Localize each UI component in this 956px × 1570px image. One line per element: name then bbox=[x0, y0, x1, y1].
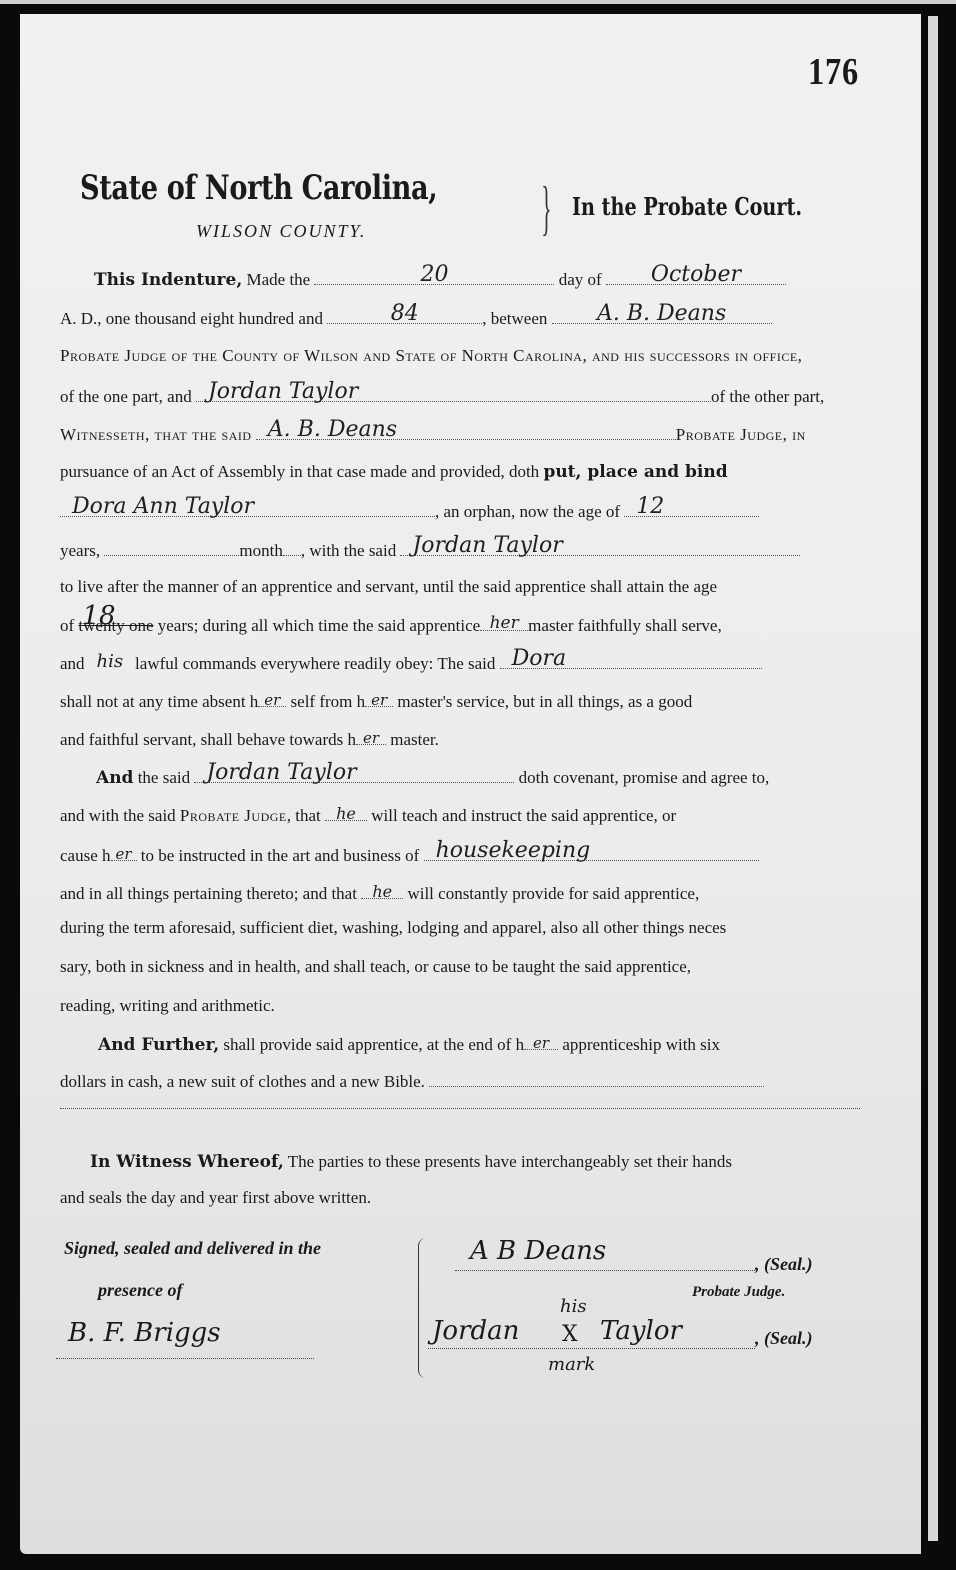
pronoun-value: he bbox=[325, 806, 367, 822]
signed-label: Signed, sealed and delivered in the bbox=[64, 1238, 321, 1259]
indenture-line-13: and faithful servant, shall behave towar… bbox=[60, 726, 860, 750]
indenture-line-7: Dora Ann Taylor, an orphan, now the age … bbox=[60, 498, 860, 522]
seal-label-1: , (Seal.) bbox=[755, 1254, 813, 1275]
pronoun-value: er bbox=[258, 693, 286, 708]
party-signature-first: Jordan bbox=[432, 1316, 519, 1346]
text-part: self from h bbox=[291, 692, 366, 711]
witness-line-1: In Witness Whereof, The parties to these… bbox=[60, 1150, 860, 1174]
further-extra-field[interactable] bbox=[429, 1068, 764, 1087]
indenture-line-6: pursuance of an Act of Assembly in that … bbox=[60, 460, 860, 484]
text-line: will constantly provide for said apprent… bbox=[407, 884, 699, 903]
indenture-line-2: A. D., one thousand eight hundred and 84… bbox=[60, 305, 860, 329]
text-line: month bbox=[239, 541, 282, 560]
text-line: master faithfully shall serve, bbox=[528, 616, 722, 635]
covenant-line-5: during the term aforesaid, sufficient di… bbox=[60, 916, 860, 940]
text-line: sary, both in sickness and in health, an… bbox=[60, 957, 691, 976]
text-part: master's service, but in all things, as … bbox=[397, 692, 692, 711]
indenture-line-5: Witnesseth, that the said A. B. DeansPro… bbox=[60, 421, 860, 445]
age-value: 12 bbox=[624, 496, 759, 518]
pronoun-field[interactable]: he bbox=[325, 802, 367, 821]
state-title: State of North Carolina, bbox=[80, 168, 437, 208]
pronoun-value: her bbox=[480, 615, 528, 632]
day-field[interactable]: 20 bbox=[314, 266, 554, 285]
covenant-line-6: sary, both in sickness and in health, an… bbox=[60, 955, 860, 979]
pronoun-value: he bbox=[361, 884, 403, 900]
text-line: Probate Judge, in bbox=[676, 425, 806, 444]
blank-rule bbox=[60, 1108, 860, 1109]
trade-value: housekeeping bbox=[424, 840, 759, 862]
covenant-line-4: and in all things pertaining thereto; an… bbox=[60, 880, 860, 904]
covenant-line-3: cause her to be instructed in the art an… bbox=[60, 842, 860, 866]
text-line: Probate Judge bbox=[180, 806, 287, 825]
label-made-the: Made the bbox=[247, 270, 311, 289]
covenant-line-1: And the said Jordan Taylor doth covenant… bbox=[60, 764, 860, 788]
pronoun-field[interactable]: er bbox=[365, 688, 393, 707]
page-number: 176 bbox=[808, 50, 859, 94]
pronoun-value: er bbox=[111, 847, 137, 862]
judge-name-value: A. B. Deans bbox=[256, 419, 676, 441]
text-line: and faithful servant, shall behave towar… bbox=[60, 730, 356, 749]
text-line: of the one part, and bbox=[60, 387, 192, 406]
age-limit-amendment: twenty one 18 bbox=[78, 614, 153, 638]
judge-name-field[interactable]: A. B. Deans bbox=[552, 305, 772, 324]
text-part: shall not at any time absent h bbox=[60, 692, 258, 711]
year-value: 84 bbox=[327, 303, 482, 325]
pronoun-field[interactable]: er bbox=[258, 688, 286, 707]
party-signature-last: Taylor bbox=[600, 1316, 682, 1346]
orphan-name-field[interactable]: Dora Ann Taylor bbox=[60, 498, 435, 517]
mark-x: X bbox=[562, 1322, 578, 1347]
text-line: apprenticeship with six bbox=[562, 1035, 720, 1054]
indenture-line-3: Probate Judge of the County of Wilson an… bbox=[60, 344, 860, 368]
witness-line-2: and seals the day and year first above w… bbox=[60, 1186, 860, 1210]
text-line: years; during all which time the said ap… bbox=[158, 616, 480, 635]
mark-his: his bbox=[560, 1296, 587, 1317]
party-name-field[interactable]: Jordan Taylor bbox=[196, 383, 711, 402]
text-line: Witnesseth, that the said bbox=[60, 425, 252, 444]
pronoun-field[interactable]: er bbox=[356, 726, 386, 745]
text-line: cause h bbox=[60, 846, 111, 865]
months-suffix-field[interactable] bbox=[283, 537, 301, 556]
trade-field[interactable]: housekeeping bbox=[424, 842, 759, 861]
text-line: lawful commands everywhere readily obey:… bbox=[135, 654, 495, 673]
text-line: shall not at any time absent her self fr… bbox=[60, 688, 692, 712]
judge-signature: A B Deans bbox=[470, 1236, 606, 1266]
text-line: to be instructed in the art and business… bbox=[141, 846, 420, 865]
indenture-line-12: shall not at any time absent her self fr… bbox=[60, 688, 860, 712]
pronoun-field[interactable]: his bbox=[89, 651, 131, 669]
text-line: The parties to these presents have inter… bbox=[288, 1152, 732, 1171]
text-line: of the other part, bbox=[711, 387, 824, 406]
pronoun-value: his bbox=[89, 653, 131, 671]
indenture-line-4: of the one part, and Jordan Taylorof the… bbox=[60, 383, 860, 407]
master-name-field-2[interactable]: Jordan Taylor bbox=[194, 764, 514, 783]
further-line-2: dollars in cash, a new suit of clothes a… bbox=[60, 1068, 860, 1092]
header-brace: } bbox=[541, 174, 551, 243]
text-line: , an orphan, now the age of bbox=[435, 502, 620, 521]
indenture-line-11: and his lawful commands everywhere readi… bbox=[60, 650, 860, 674]
apprentice-name-value: Dora bbox=[500, 648, 762, 670]
text-line: during the term aforesaid, sufficient di… bbox=[60, 918, 726, 937]
text-line: shall provide said apprentice, at the en… bbox=[223, 1035, 524, 1054]
indenture-line-10: of twenty one 18 years; during all which… bbox=[60, 612, 860, 636]
text-line: dollars in cash, a new suit of clothes a… bbox=[60, 1072, 425, 1091]
label-between: , between bbox=[482, 309, 547, 328]
master-name-value: Jordan Taylor bbox=[400, 535, 800, 557]
pronoun-value: er bbox=[356, 731, 386, 746]
witness-signature: B. F. Briggs bbox=[68, 1318, 221, 1348]
text-line: will teach and instruct the said apprent… bbox=[371, 806, 676, 825]
seal-label-2: , (Seal.) bbox=[755, 1328, 813, 1349]
signature-brace bbox=[418, 1238, 431, 1378]
county-label: WILSON COUNTY. bbox=[196, 221, 366, 242]
month-field[interactable]: October bbox=[606, 266, 786, 285]
text-line: Probate Judge of the County of Wilson an… bbox=[60, 346, 802, 365]
further-lead: And Further, bbox=[98, 1035, 219, 1055]
orphan-name-value: Dora Ann Taylor bbox=[60, 496, 435, 518]
label-ad: A. D., one thousand eight hundred and bbox=[60, 309, 323, 328]
master-name-field[interactable]: Jordan Taylor bbox=[400, 537, 800, 556]
text-line: master. bbox=[390, 730, 439, 749]
scan-top-edge bbox=[0, 0, 956, 14]
age-limit-value: 18 bbox=[82, 604, 115, 628]
label-day-of: day of bbox=[559, 270, 602, 289]
indenture-line-8: years, month, with the said Jordan Taylo… bbox=[60, 537, 860, 561]
indenture-line-1: This Indenture, Made the 20 day of Octob… bbox=[60, 266, 860, 290]
presence-label: presence of bbox=[98, 1280, 182, 1301]
pronoun-value: er bbox=[524, 1036, 558, 1051]
covenant-line-2: and with the said Probate Judge, that he… bbox=[60, 802, 860, 826]
text-line: of bbox=[60, 616, 74, 635]
text-line: , with the said bbox=[301, 541, 396, 560]
page-edge-strip bbox=[928, 16, 938, 1541]
text-line: years, bbox=[60, 541, 100, 560]
witness-lead: In Witness Whereof, bbox=[90, 1152, 284, 1172]
text-line: reading, writing and arithmetic. bbox=[60, 996, 275, 1015]
day-value: 20 bbox=[314, 264, 554, 286]
text-line: and with the said bbox=[60, 806, 176, 825]
months-field[interactable] bbox=[104, 537, 239, 556]
pronoun-value: er bbox=[365, 693, 393, 708]
month-value: October bbox=[606, 264, 786, 286]
year-field[interactable]: 84 bbox=[327, 305, 482, 324]
indenture-lead: This Indenture, bbox=[94, 270, 242, 290]
text-line: doth covenant, promise and agree to, bbox=[519, 768, 770, 787]
text-line: , that bbox=[287, 806, 321, 825]
text-line: and seals the day and year first above w… bbox=[60, 1188, 371, 1207]
judge-title: Probate Judge. bbox=[692, 1284, 785, 1301]
text-line: pursuance of an Act of Assembly in that … bbox=[60, 462, 539, 481]
master-name-value: Jordan Taylor bbox=[194, 762, 514, 784]
mark-word: mark bbox=[548, 1354, 595, 1375]
bold-phrase: put, place and bind bbox=[543, 462, 727, 482]
text-line: to live after the manner of an apprentic… bbox=[60, 577, 717, 596]
pronoun-field[interactable]: er bbox=[111, 842, 137, 861]
age-field[interactable]: 12 bbox=[624, 498, 759, 517]
party-name-value: Jordan Taylor bbox=[196, 381, 711, 403]
pronoun-field[interactable]: her bbox=[480, 612, 528, 631]
pronoun-field[interactable]: er bbox=[524, 1031, 558, 1050]
text-line: the said bbox=[138, 768, 190, 787]
judge-name-field-2[interactable]: A. B. Deans bbox=[256, 421, 676, 440]
text-line: and in all things pertaining thereto; an… bbox=[60, 884, 357, 903]
apprentice-name-field[interactable]: Dora bbox=[500, 650, 762, 669]
covenant-line-7: reading, writing and arithmetic. bbox=[60, 994, 860, 1018]
covenant-lead: And bbox=[96, 768, 133, 788]
text-line: and bbox=[60, 654, 85, 673]
indenture-line-9: to live after the manner of an apprentic… bbox=[60, 575, 860, 599]
pronoun-field[interactable]: he bbox=[361, 880, 403, 899]
court-title: In the Probate Court. bbox=[572, 192, 802, 221]
judge-name-value: A. B. Deans bbox=[552, 303, 772, 325]
further-line-1: And Further, shall provide said apprenti… bbox=[60, 1031, 860, 1055]
